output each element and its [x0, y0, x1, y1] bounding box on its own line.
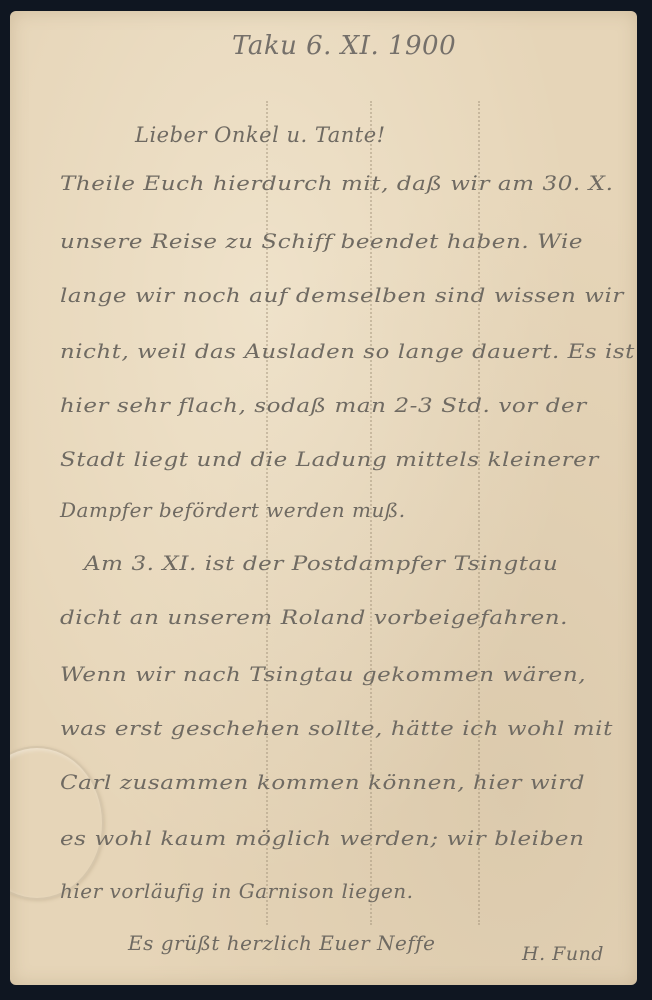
fold-dotted-line — [478, 101, 480, 925]
signature: H. Fund — [522, 943, 604, 965]
body-line: Dampfer befördert werden muß. — [60, 498, 406, 522]
date-line: Taku 6. XI. 1900 — [232, 31, 456, 61]
body-line: Stadt liegt und die Ladung mittels klein… — [60, 447, 599, 471]
body-line: nicht, weil das Ausladen so lange dauert… — [60, 339, 635, 363]
body-line: was erst geschehen sollte, hätte ich woh… — [60, 716, 613, 740]
body-line: Wenn wir nach Tsingtau gekommen wären, — [60, 662, 586, 686]
body-line: unsere Reise zu Schiff beendet haben. Wi… — [60, 229, 583, 253]
salutation: Lieber Onkel u. Tante! — [135, 123, 386, 147]
body-line: Am 3. XI. ist der Postdampfer Tsingtau — [84, 551, 558, 575]
body-line: hier sehr flach, sodaß man 2-3 Std. vor … — [60, 393, 587, 417]
body-line: hier vorläufig in Garnison liegen. — [60, 879, 414, 903]
postcard: Taku 6. XI. 1900 Lieber Onkel u. Tante! … — [10, 11, 637, 985]
body-line: Carl zusammen kommen können, hier wird — [60, 770, 585, 794]
closing-line: Es grüßt herzlich Euer Neffe — [128, 931, 435, 955]
body-line: es wohl kaum möglich werden; wir bleiben — [60, 826, 584, 850]
body-line: dicht an unserem Roland vorbeigefahren. — [60, 605, 568, 629]
body-line: Theile Euch hierdurch mit, daß wir am 30… — [60, 171, 614, 195]
body-line: lange wir noch auf demselben sind wissen… — [60, 283, 624, 307]
